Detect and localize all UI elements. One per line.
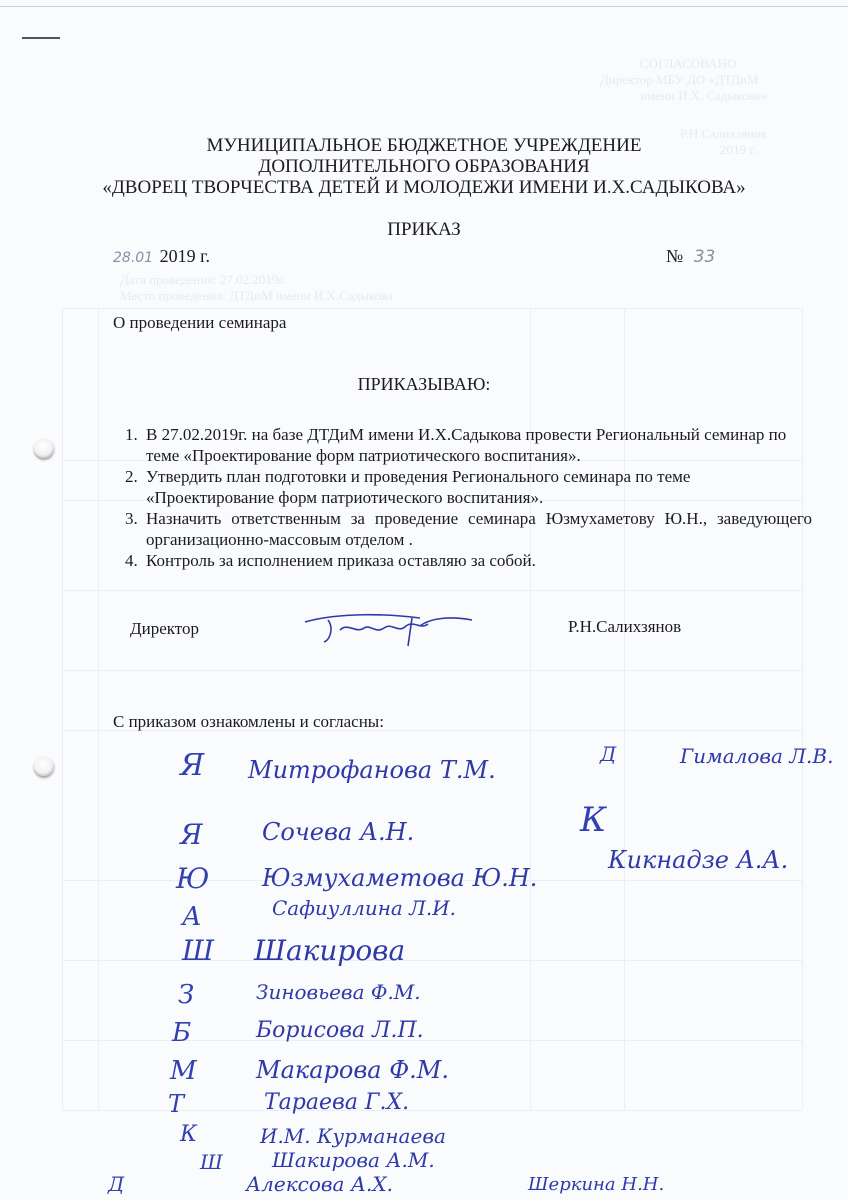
signature-mark: К	[180, 1122, 197, 1147]
institution-line-1: МУНИЦИПАЛЬНОЕ БЮДЖЕТНОЕ УЧРЕЖДЕНИЕ	[0, 135, 848, 156]
signature-mark: Д	[600, 742, 616, 766]
signature-name: Сафиуллина Л.И.	[272, 896, 456, 920]
number-label: №	[666, 246, 683, 266]
signature-mark: М	[170, 1056, 197, 1086]
signature-name: Юзмухаметова Ю.Н.	[262, 864, 537, 892]
order-item: Контроль за исполнением приказа оставляю…	[142, 550, 812, 571]
institution-line-2: ДОПОЛНИТЕЛЬНОГО ОБРАЗОВАНИЯ	[0, 156, 848, 177]
handwritten-number: 33	[694, 247, 716, 267]
signature-mark: Я	[180, 748, 204, 783]
signature-mark: К	[580, 800, 606, 840]
signature-name: И.М. Курманаева	[260, 1124, 446, 1148]
signature-mark: Ш	[200, 1150, 223, 1174]
signature-name: Шакирова	[254, 934, 405, 967]
order-item: Утвердить план подготовки и проведения Р…	[142, 466, 812, 508]
signature-name: Зиновьева Ф.М.	[256, 980, 421, 1004]
signature-name: Алексова А.Х.	[246, 1172, 393, 1196]
signature-mark: Б	[172, 1018, 191, 1048]
handwritten-date: 28.01	[113, 250, 153, 266]
document-title: ПРИКАЗ	[0, 219, 848, 241]
order-heading: ПРИКАЗЫВАЮ:	[0, 374, 848, 395]
order-date: 28.01 2019 г.	[113, 246, 210, 267]
director-title: Директор	[130, 619, 199, 639]
signature-mark: Т	[168, 1090, 184, 1118]
punch-hole	[34, 756, 54, 776]
signature-name: Гималова Л.В.	[680, 744, 833, 768]
signature-mark: Я	[180, 818, 203, 851]
signature-name: Кикнадзе А.А.	[608, 846, 788, 874]
order-items: В 27.02.2019г. на базе ДТДиМ имени И.Х.С…	[120, 424, 812, 571]
signature-mark: Д	[108, 1172, 124, 1196]
order-item: Назначить ответственным за проведение се…	[142, 508, 812, 550]
signature-mark: З	[178, 980, 194, 1010]
director-signature	[300, 608, 480, 653]
director-name: Р.Н.Салихзянов	[568, 617, 681, 637]
scan-edge-line	[0, 6, 848, 7]
order-number: № 33	[666, 246, 715, 267]
signature-name: Тараева Г.Х.	[264, 1090, 409, 1115]
institution-line-3: «ДВОРЕЦ ТВОРЧЕСТВА ДЕТЕЙ И МОЛОДЕЖИ ИМЕН…	[0, 177, 848, 198]
signature-mark: Ю	[176, 862, 209, 895]
signature-name: Шакирова А.М.	[272, 1148, 435, 1172]
scan-mark	[22, 37, 60, 39]
printed-year: 2019 г.	[160, 246, 210, 266]
punch-hole	[34, 438, 54, 458]
signature-scribble-icon	[300, 608, 480, 648]
signature-name: Шеркина Н.Н.	[528, 1174, 664, 1195]
signature-name: Борисова Л.П.	[256, 1018, 424, 1043]
acknowledgement-label: С приказом ознакомлены и согласны:	[113, 712, 384, 732]
signature-mark: А	[182, 902, 202, 932]
signature-name: Сочева А.Н.	[262, 818, 414, 846]
signature-name: Митрофанова Т.М.	[248, 756, 496, 784]
document-page: СОГЛАСОВАНО Директор МБУ ДО «ДТДиМ имени…	[0, 0, 848, 1200]
order-subject: О проведении семинара	[113, 313, 286, 333]
order-item: В 27.02.2019г. на базе ДТДиМ имени И.Х.С…	[142, 424, 812, 466]
signature-mark: Ш	[182, 934, 214, 967]
signature-name: Макарова Ф.М.	[256, 1056, 449, 1084]
